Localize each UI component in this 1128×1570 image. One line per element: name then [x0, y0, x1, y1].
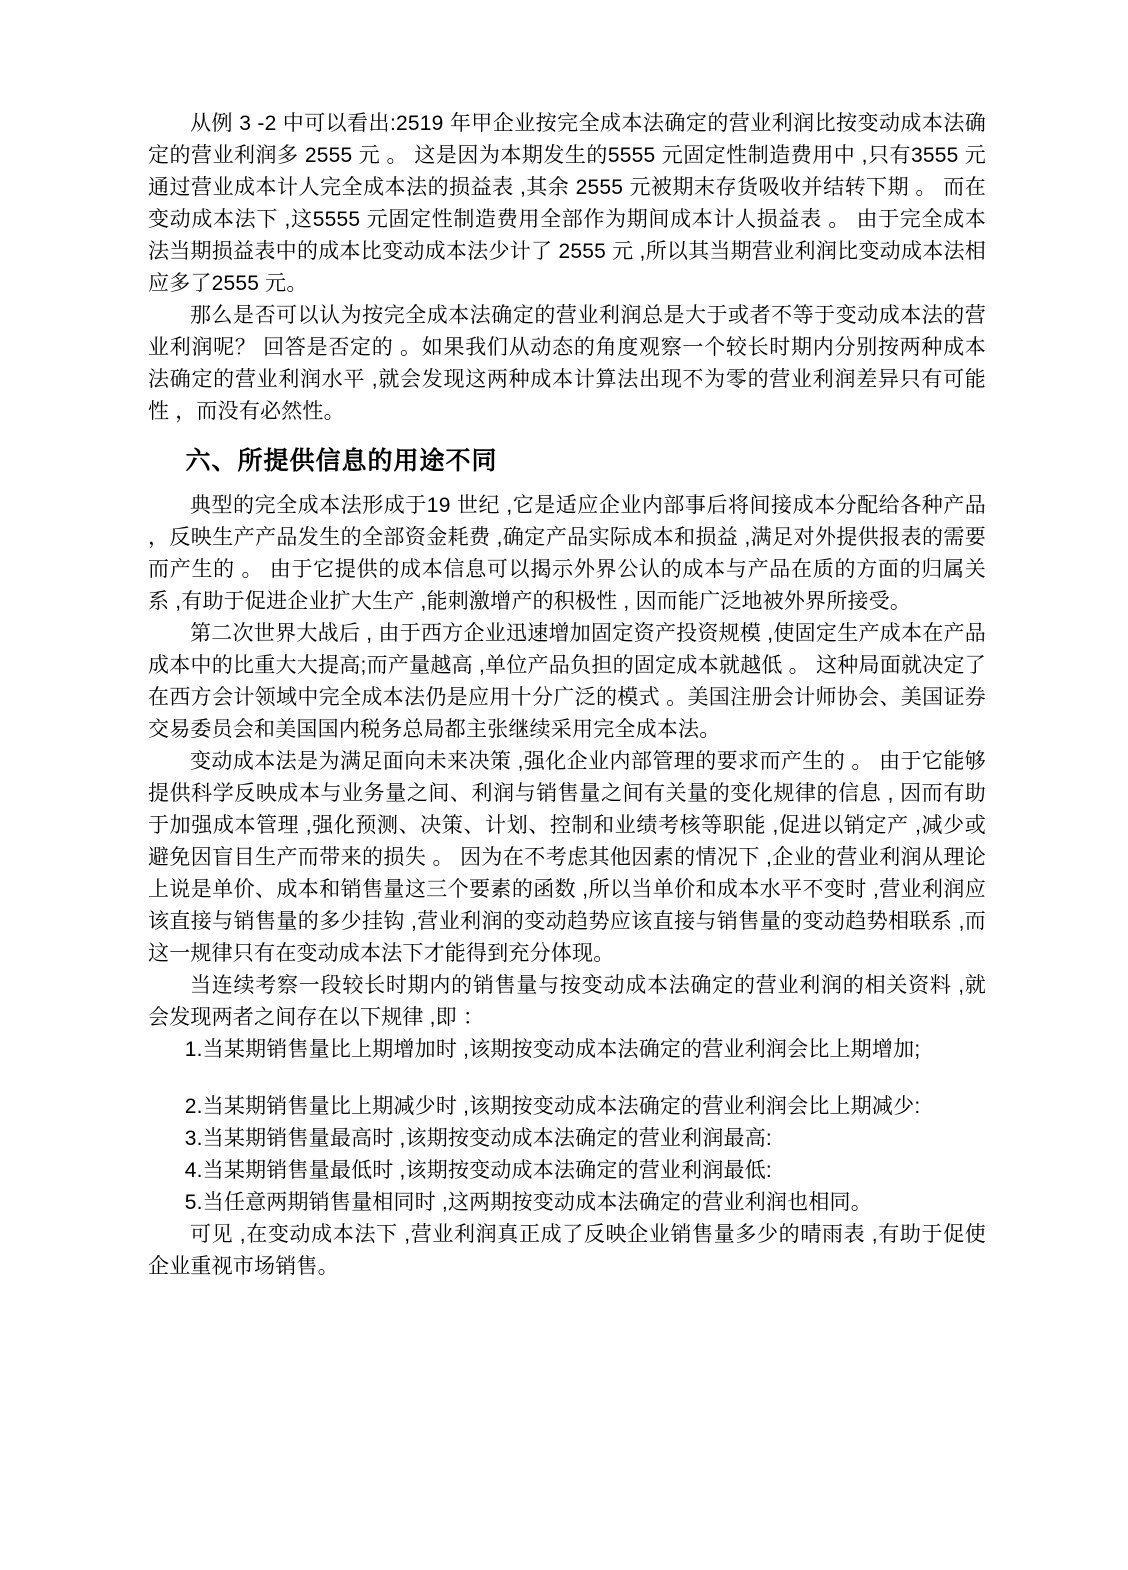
paragraph-question-answer: 那么是否可以认为按完全成本法确定的营业利润总是大于或者不等于变动成本法的营业利润…: [148, 300, 986, 428]
paragraph-variable-costing: 变动成本法是为满足面向未来决策 ,强化企业内部管理的要求而产生的 。 由于它能够…: [148, 746, 986, 970]
paragraph-postwar: 第二次世界大战后 , 由于西方企业迅速增加固定资产投资规模 ,使固定生产成本在产…: [148, 618, 986, 746]
rule-item-1: 1.当某期销售量比上期增加时 ,该期按变动成本法确定的营业利润会比上期增加;: [148, 1034, 986, 1066]
rule-item-3: 3.当某期销售量最高时 ,该期按变动成本法确定的营业利润最高:: [148, 1123, 986, 1155]
rule-item-5: 5.当任意两期销售量相同时 ,这两期按变动成本法确定的营业利润也相同。: [148, 1187, 986, 1219]
document-page: 从例 3 -2 中可以看出:2519 年甲企业按完全成本法确定的营业利润比按变动…: [148, 108, 986, 1283]
paragraph-rules-intro: 当连续考察一段较长时期内的销售量与按变动成本法确定的营业利润的相关资料 ,就会发…: [148, 970, 986, 1034]
section-heading: 六、所提供信息的用途不同: [148, 441, 986, 481]
paragraph-conclusion: 可见 ,在变动成本法下 ,营业利润真正成了反映企业销售量多少的晴雨表 ,有助于促…: [148, 1219, 986, 1283]
rule-item-2: 2.当某期销售量比上期减少时 ,该期按变动成本法确定的营业利润会比上期减少:: [148, 1091, 986, 1123]
rule-item-4: 4.当某期销售量最低时 ,该期按变动成本法确定的营业利润最低:: [148, 1155, 986, 1187]
paragraph-full-costing-origin: 典型的完全成本法形成于19 世纪 ,它是适应企业内部事后将间接成本分配给各种产品…: [148, 490, 986, 618]
paragraph-example-analysis: 从例 3 -2 中可以看出:2519 年甲企业按完全成本法确定的营业利润比按变动…: [148, 108, 986, 300]
